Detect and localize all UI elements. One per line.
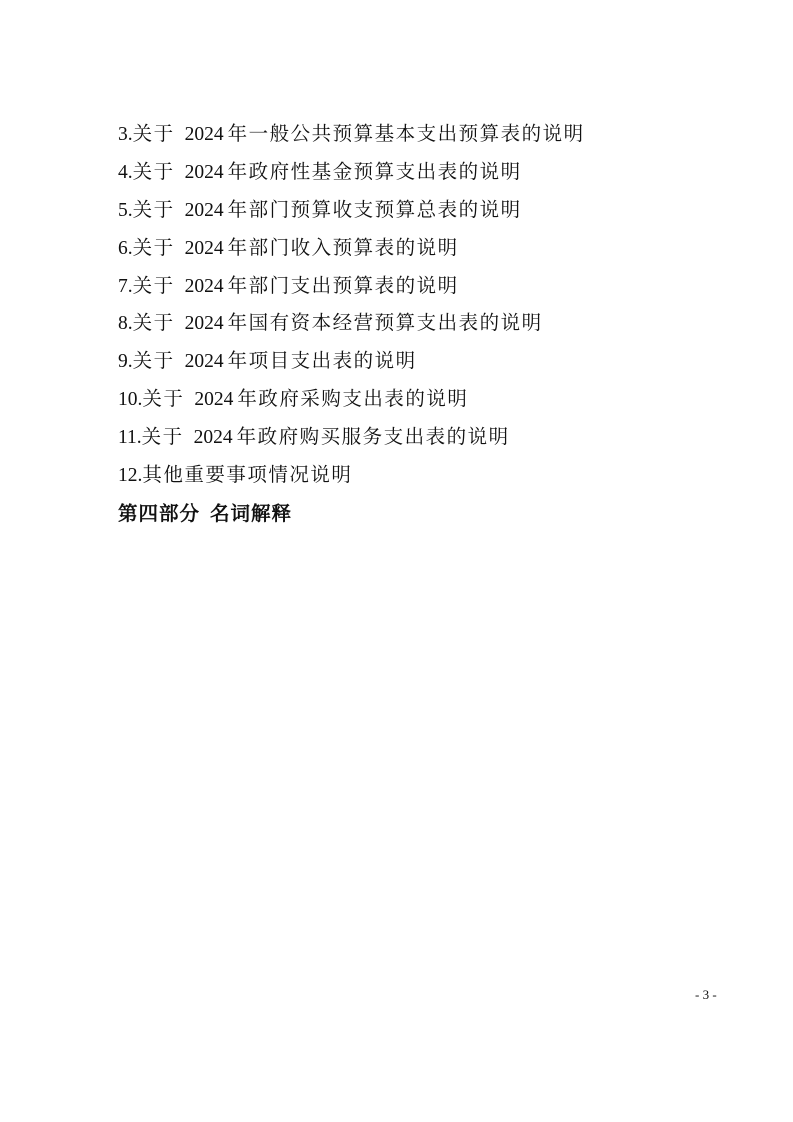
toc-item: 5.关于2024年部门预算收支预算总表的说明: [118, 192, 585, 230]
page-number: - 3 -: [695, 987, 717, 1003]
item-number: 9.: [118, 351, 133, 372]
item-prefix: 关于: [133, 124, 175, 145]
item-prefix: 关于: [133, 351, 175, 372]
item-number: 5.: [118, 200, 133, 221]
section-part: 第四部分: [118, 502, 200, 525]
item-text: 年部门支出预算表的说明: [228, 276, 459, 297]
item-prefix: 关于: [133, 238, 175, 259]
item-number: 12.: [118, 465, 142, 486]
item-number: 3.: [118, 124, 133, 145]
item-prefix: 关于: [142, 389, 184, 410]
item-number: 10.: [118, 389, 142, 410]
item-year: 2024: [194, 389, 233, 410]
toc-item: 9.关于2024年项目支出表的说明: [118, 343, 585, 381]
item-prefix: 关于: [133, 200, 175, 221]
toc-item: 10.关于2024年政府采购支出表的说明: [118, 381, 585, 419]
toc-item: 3.关于2024年一般公共预算基本支出预算表的说明: [118, 116, 585, 154]
item-text: 年一般公共预算基本支出预算表的说明: [228, 124, 585, 145]
item-year: 2024: [185, 351, 224, 372]
item-prefix: 关于: [133, 276, 175, 297]
item-prefix: 关于: [142, 427, 184, 448]
section-title: 名词解释: [210, 502, 292, 525]
item-year: 2024: [194, 427, 233, 448]
section-heading: 第四部分名词解释: [118, 495, 585, 533]
toc-item: 6.关于2024年部门收入预算表的说明: [118, 230, 585, 268]
item-year: 2024: [185, 276, 224, 297]
toc-item: 7.关于2024年部门支出预算表的说明: [118, 268, 585, 306]
item-number: 4.: [118, 162, 133, 183]
item-text: 年政府性基金预算支出表的说明: [228, 162, 522, 183]
item-year: 2024: [185, 313, 224, 334]
item-text: 其他重要事项情况说明: [142, 465, 352, 486]
item-number: 6.: [118, 238, 133, 259]
item-text: 年部门收入预算表的说明: [228, 238, 459, 259]
item-text: 年项目支出表的说明: [228, 351, 417, 372]
item-year: 2024: [185, 162, 224, 183]
item-prefix: 关于: [133, 313, 175, 334]
item-number: 8.: [118, 313, 133, 334]
item-year: 2024: [185, 200, 224, 221]
item-number: 7.: [118, 276, 133, 297]
toc-item: 12.其他重要事项情况说明: [118, 457, 585, 495]
toc-item: 11.关于2024年政府购买服务支出表的说明: [118, 419, 585, 457]
item-year: 2024: [185, 124, 224, 145]
table-of-contents: 3.关于2024年一般公共预算基本支出预算表的说明 4.关于2024年政府性基金…: [118, 116, 585, 533]
item-year: 2024: [185, 238, 224, 259]
toc-item: 8.关于2024年国有资本经营预算支出表的说明: [118, 305, 585, 343]
item-text: 年政府购买服务支出表的说明: [237, 427, 510, 448]
item-text: 年部门预算收支预算总表的说明: [228, 200, 522, 221]
item-text: 年政府采购支出表的说明: [237, 389, 468, 410]
toc-item: 4.关于2024年政府性基金预算支出表的说明: [118, 154, 585, 192]
item-number: 11.: [118, 427, 142, 448]
item-text: 年国有资本经营预算支出表的说明: [228, 313, 543, 334]
item-prefix: 关于: [133, 162, 175, 183]
